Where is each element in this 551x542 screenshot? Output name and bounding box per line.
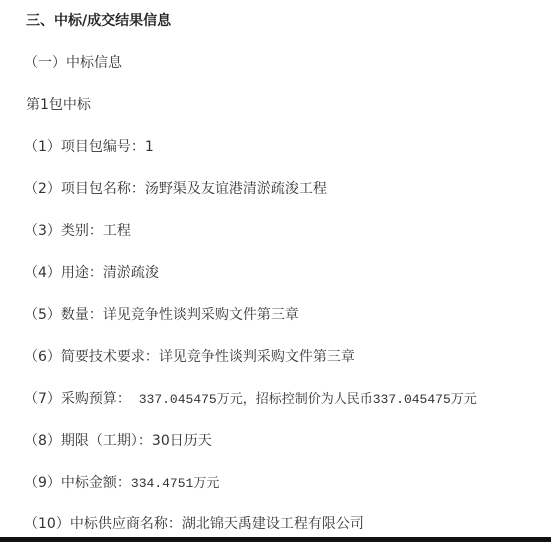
info-item-award-amount: （9）中标金额：334.4751万元 xyxy=(24,473,219,494)
item-label: （10）中标供应商名称： xyxy=(24,516,182,532)
item-label: （1）项目包编号： xyxy=(24,139,145,155)
info-item-usage: （4）用途：清淤疏浚 xyxy=(24,263,159,283)
item-label: （8）期限（工期）： xyxy=(24,433,152,449)
item-value: 334.4751万元 xyxy=(131,476,219,491)
item-value: 汤野渠及友谊港清淤疏浚工程 xyxy=(145,181,327,197)
section-title: 三、中标/成交结果信息 xyxy=(26,11,171,31)
item-value: 1 xyxy=(145,139,154,155)
item-value: 337.045475万元，招标控制价为人民币337.045475万元 xyxy=(131,392,477,407)
item-value: 详见竞争性谈判采购文件第三章 xyxy=(159,349,355,365)
item-value: 工程 xyxy=(103,223,131,239)
info-item-supplier-name: （10）中标供应商名称：湖北锦天禹建设工程有限公司 xyxy=(24,514,364,534)
item-label: （7）采购预算： xyxy=(24,391,131,407)
info-item-package-number: （1）项目包编号：1 xyxy=(24,137,154,157)
item-value: 湖北锦天禹建设工程有限公司 xyxy=(182,516,364,532)
item-label: （9）中标金额： xyxy=(24,475,131,491)
info-item-category: （3）类别：工程 xyxy=(24,221,131,241)
item-value: 清淤疏浚 xyxy=(103,265,159,281)
item-value: 详见竞争性谈判采购文件第三章 xyxy=(103,307,299,323)
info-item-duration: （8）期限（工期）：30日历天 xyxy=(24,431,212,451)
item-label: （5）数量： xyxy=(24,307,103,323)
bottom-border xyxy=(0,537,551,542)
info-item-package-name: （2）项目包名称：汤野渠及友谊港清淤疏浚工程 xyxy=(24,179,327,199)
item-label: （6）简要技术要求： xyxy=(24,349,159,365)
info-item-tech-requirements: （6）简要技术要求：详见竞争性谈判采购文件第三章 xyxy=(24,347,355,367)
package-label: 第1包中标 xyxy=(26,95,91,115)
info-item-budget: （7）采购预算： 337.045475万元，招标控制价为人民币337.04547… xyxy=(24,389,477,410)
section-subtitle: （一）中标信息 xyxy=(24,53,122,73)
item-label: （3）类别： xyxy=(24,223,103,239)
item-label: （4）用途： xyxy=(24,265,103,281)
info-item-quantity: （5）数量：详见竞争性谈判采购文件第三章 xyxy=(24,305,299,325)
item-value: 30日历天 xyxy=(152,433,212,449)
item-label: （2）项目包名称： xyxy=(24,181,145,197)
